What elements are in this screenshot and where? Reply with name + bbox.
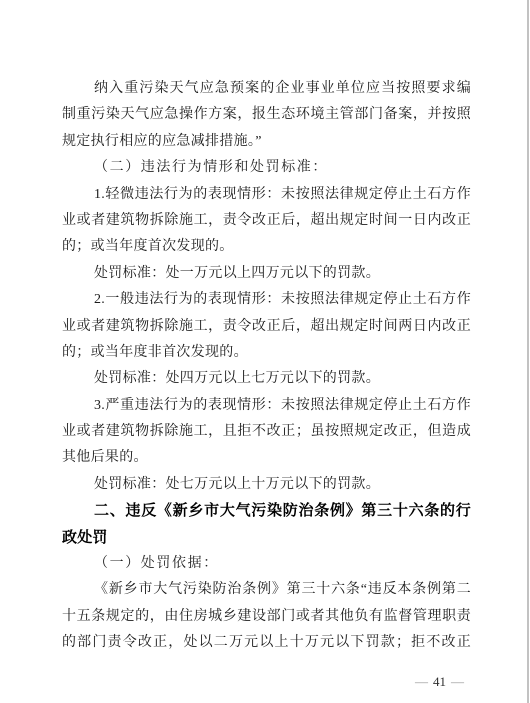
page-number-value: 41 bbox=[433, 674, 446, 689]
text-line: 《新乡市大气污染防治条例》第三十六条“违反本条例第二 bbox=[62, 577, 471, 603]
text-line: 政处罚 bbox=[62, 525, 471, 551]
text-line: 处罚标准：处七万元以上十万元以下的罚款。 bbox=[62, 472, 471, 498]
text-line: 十五条规定的，由住房城乡建设部门或者其他负有监督管理职责 bbox=[62, 604, 471, 630]
text-line: 其他后果的。 bbox=[62, 445, 471, 471]
text-line: （二）违法行为情形和处罚标准： bbox=[62, 155, 471, 181]
page-number-dash-right: — bbox=[451, 674, 464, 689]
text-line: 2.一般违法行为的表现情形：未按照法律规定停止土石方作 bbox=[62, 287, 471, 313]
text-line: 处罚标准：处一万元以上四万元以下的罚款。 bbox=[62, 261, 471, 287]
document-page: 纳入重污染天气应急预案的企业事业单位应当按照要求编制重污染天气应急操作方案，报生… bbox=[0, 0, 530, 703]
text-line: 纳入重污染天气应急预案的企业事业单位应当按照要求编 bbox=[62, 76, 471, 102]
text-line: 业或者建筑物拆除施工，且拒不改正；虽按照规定改正，但造成 bbox=[62, 419, 471, 445]
page-number-dash-left: — bbox=[415, 674, 428, 689]
text-line: 1.轻微违法行为的表现情形：未按照法律规定停止土石方作 bbox=[62, 182, 471, 208]
text-line: 处罚标准：处四万元以上七万元以下的罚款。 bbox=[62, 366, 471, 392]
document-body: 纳入重污染天气应急预案的企业事业单位应当按照要求编制重污染天气应急操作方案，报生… bbox=[62, 76, 471, 657]
text-line: 制重污染天气应急操作方案，报生态环境主管部门备案，并按照 bbox=[62, 102, 471, 128]
scan-edge-line bbox=[527, 0, 529, 703]
text-line: 规定执行相应的应急减排措施。” bbox=[62, 129, 471, 155]
text-line: 二、违反《新乡市大气污染防治条例》第三十六条的行 bbox=[62, 498, 471, 524]
text-line: 业或者建筑物拆除施工，责令改正后，超出规定时间一日内改正 bbox=[62, 208, 471, 234]
text-line: 业或者建筑物拆除施工，责令改正后，超出规定时间两日内改正 bbox=[62, 314, 471, 340]
text-line: 3.严重违法行为的表现情形：未按照法律规定停止土石方作 bbox=[62, 393, 471, 419]
text-line: （一）处罚依据： bbox=[62, 551, 471, 577]
page-number: —41— bbox=[415, 673, 464, 691]
text-line: 的；或当年度首次发现的。 bbox=[62, 234, 471, 260]
text-line: 的；或当年度非首次发现的。 bbox=[62, 340, 471, 366]
text-line: 的部门责令改正，处以二万元以上十万元以下罚款；拒不改正的， bbox=[62, 630, 471, 656]
